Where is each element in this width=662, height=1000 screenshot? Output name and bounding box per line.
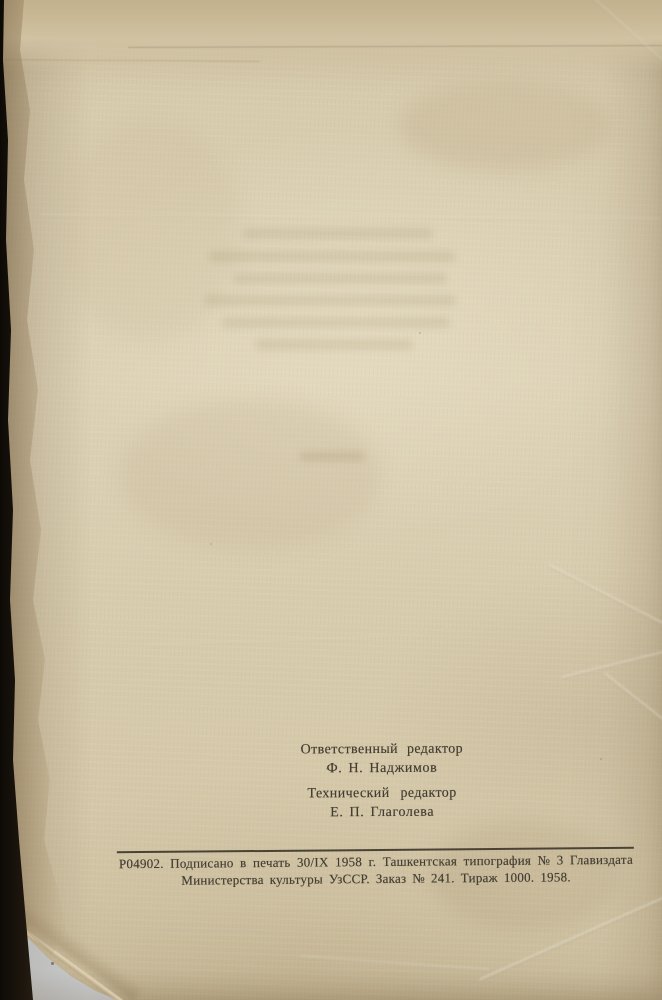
technical-editor-name: Е. П. Глаголева (301, 805, 464, 822)
responsible-editor-label: Ответственный редактор (301, 742, 464, 759)
foxing-speck (51, 962, 54, 965)
top-page-edges-band (0, 0, 662, 72)
age-stain (120, 400, 380, 550)
foxing-speck (600, 758, 602, 760)
age-stain (60, 120, 240, 340)
foxing-speck (419, 332, 421, 334)
technical-editor-label: Технический редактор (301, 786, 464, 803)
age-stain (400, 80, 610, 170)
responsible-editor-name: Ф. Н. Наджимов (301, 761, 464, 778)
scanned-book-page: Ответственный редактор Ф. Н. Наджимов Те… (0, 0, 662, 1000)
colophon-block: Ответственный редактор Ф. Н. Наджимов Те… (301, 742, 464, 822)
imprint-block: Р04902. Подписано в печать 30/IX 1958 г.… (117, 847, 635, 889)
foxing-speck (210, 543, 212, 545)
